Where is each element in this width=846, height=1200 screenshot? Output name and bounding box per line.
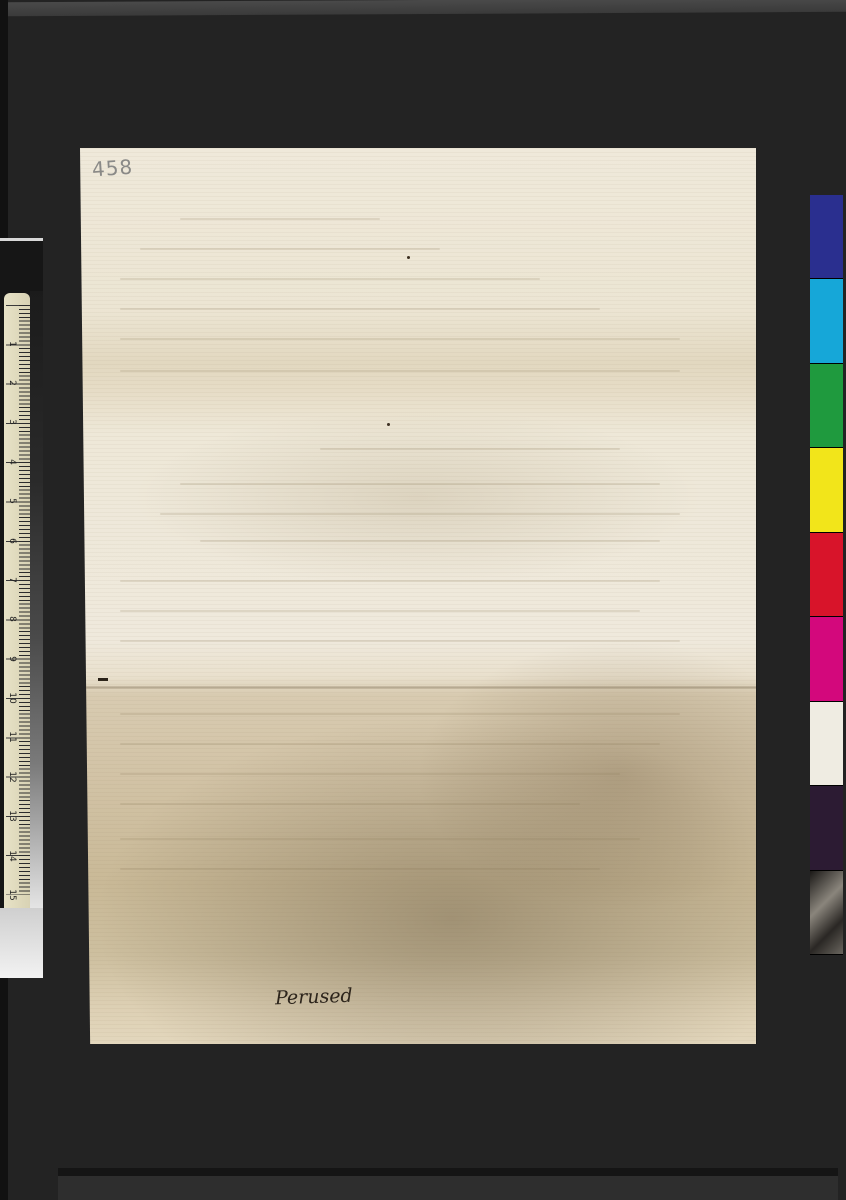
color-patch-yellow bbox=[810, 448, 843, 532]
ruler-label: 10 bbox=[7, 692, 17, 704]
ruler-label: 2 bbox=[7, 377, 17, 389]
bleed-through-text bbox=[120, 338, 680, 340]
bleed-through-text bbox=[120, 640, 680, 642]
grey-scale-wedge bbox=[30, 291, 43, 921]
fold-line bbox=[80, 686, 756, 689]
bleed-through-text bbox=[120, 713, 680, 715]
color-patch-magenta bbox=[810, 617, 843, 701]
color-calibration-strip bbox=[810, 195, 843, 955]
ruler-label: 4 bbox=[7, 456, 17, 468]
fold-mark bbox=[98, 678, 108, 681]
measuring-ruler: 1 2 3 4 5 6 7 8 9 10 11 12 13 14 15 bbox=[0, 238, 43, 978]
color-patch-black-marbled bbox=[810, 871, 843, 955]
ruler-label: 7 bbox=[7, 574, 17, 586]
bleed-through-text bbox=[120, 868, 600, 870]
bleed-through-text bbox=[120, 580, 660, 582]
color-patch-dark-purple bbox=[810, 786, 843, 870]
ruler-label: 8 bbox=[7, 613, 17, 625]
ruler-label: 3 bbox=[7, 416, 17, 428]
ruler-base bbox=[0, 908, 43, 978]
ink-speck bbox=[407, 256, 410, 259]
color-patch-cyan bbox=[810, 279, 843, 363]
ruler-label: 12 bbox=[7, 771, 17, 783]
ruler-label: 11 bbox=[7, 731, 17, 743]
color-patch-green bbox=[810, 364, 843, 448]
folio-number: 458 bbox=[91, 155, 134, 182]
bleed-through-text bbox=[120, 610, 640, 612]
bleed-through-text bbox=[120, 838, 640, 840]
bleed-through-text bbox=[180, 483, 660, 485]
manuscript-leaf: 458 Perused bbox=[80, 148, 756, 1044]
bleed-through-text bbox=[120, 743, 660, 745]
bleed-through-text bbox=[320, 448, 620, 450]
ink-speck bbox=[387, 423, 390, 426]
ruler-label: 5 bbox=[7, 495, 17, 507]
backdrop-bottom-edge bbox=[58, 1168, 838, 1200]
color-patch-blue bbox=[810, 195, 843, 279]
backdrop-top-edge bbox=[8, 0, 846, 16]
color-patch-red bbox=[810, 533, 843, 617]
bleed-through-text bbox=[160, 513, 680, 515]
bleed-through-text bbox=[120, 773, 620, 775]
ruler-label: 13 bbox=[7, 810, 17, 822]
bleed-through-text bbox=[140, 248, 440, 250]
ruler-label: 9 bbox=[7, 653, 17, 665]
bleed-through-text bbox=[120, 308, 600, 310]
ruler-scale: 1 2 3 4 5 6 7 8 9 10 11 12 13 14 15 bbox=[4, 293, 30, 913]
color-patch-white bbox=[810, 702, 843, 786]
ruler-label: 6 bbox=[7, 535, 17, 547]
bleed-through-text bbox=[180, 218, 380, 220]
ruler-label: 14 bbox=[7, 850, 17, 862]
bleed-through-text bbox=[200, 540, 660, 542]
ruler-label: 1 bbox=[7, 338, 17, 350]
bleed-through-text bbox=[120, 803, 580, 805]
endorsement-signature: Perused bbox=[275, 985, 353, 1010]
ruler-label: 15 bbox=[7, 889, 17, 901]
bleed-through-text bbox=[120, 370, 680, 372]
bleed-through-text bbox=[120, 278, 540, 280]
